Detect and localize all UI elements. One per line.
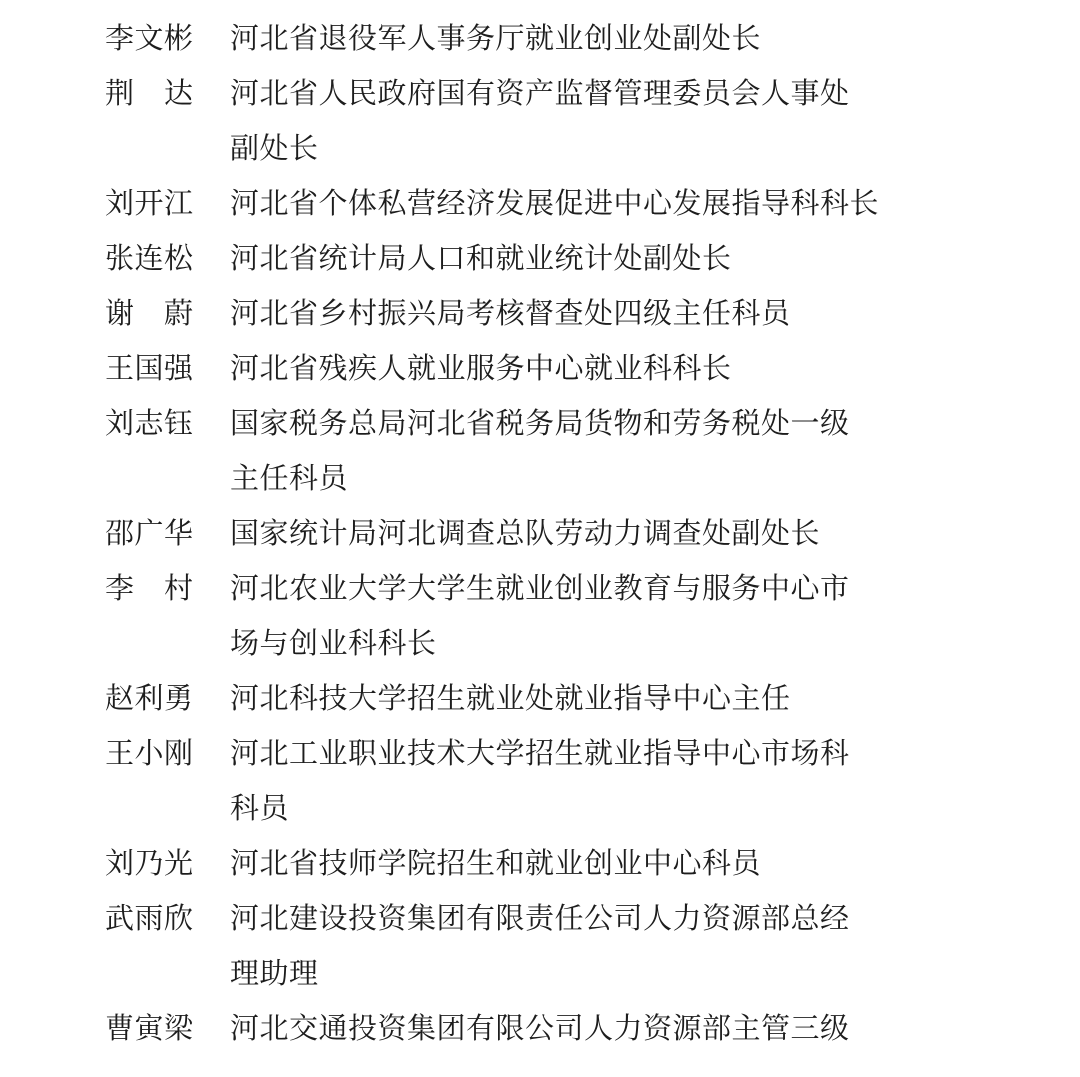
position-line: 国家税务总局河北省税务局货物和劳务税处一级 (230, 397, 850, 452)
position-line: 河北交通投资集团有限公司人力资源部主管三级 (230, 1002, 850, 1057)
position-title: 河北省技师学院招生和就业创业中心科员 (230, 837, 761, 892)
roster-entry: 武雨欣 河北建设投资集团有限责任公司人力资源部总经理助理 (105, 892, 1040, 1002)
position-title: 国家税务总局河北省税务局货物和劳务税处一级主任科员 (230, 397, 850, 507)
roster-entry: 刘乃光 河北省技师学院招生和就业创业中心科员 (105, 837, 1040, 892)
position-line: 河北省技师学院招生和就业创业中心科员 (230, 837, 761, 892)
position-title: 河北省人民政府国有资产监督管理委员会人事处副处长 (230, 67, 850, 177)
position-title: 河北省个体私营经济发展促进中心发展指导科科长 (230, 177, 879, 232)
roster-entry: 王小刚 河北工业职业技术大学招生就业指导中心市场科科员 (105, 727, 1040, 837)
position-title: 河北省乡村振兴局考核督查处四级主任科员 (230, 287, 791, 342)
position-line: 国家统计局河北调查总队劳动力调查处副处长 (230, 507, 820, 562)
position-line: 河北建设投资集团有限责任公司人力资源部总经 (230, 892, 850, 947)
roster-entry: 赵利勇 河北科技大学招生就业处就业指导中心主任 (105, 672, 1040, 727)
position-line: 河北省退役军人事务厅就业创业处副处长 (230, 12, 761, 67)
document-page: 李文彬 河北省退役军人事务厅就业创业处副处长 荆 达 河北省人民政府国有资产监督… (0, 0, 1080, 1077)
position-title: 河北工业职业技术大学招生就业指导中心市场科科员 (230, 727, 850, 837)
position-title: 国家统计局河北调查总队劳动力调查处副处长 (230, 507, 820, 562)
position-line: 河北省统计局人口和就业统计处副处长 (230, 232, 732, 287)
person-name: 邵广华 (105, 507, 193, 562)
position-title: 河北科技大学招生就业处就业指导中心主任 (230, 672, 791, 727)
person-name: 谢 蔚 (105, 287, 193, 342)
roster-entry: 刘志钰 国家税务总局河北省税务局货物和劳务税处一级主任科员 (105, 397, 1040, 507)
person-name: 赵利勇 (105, 672, 193, 727)
position-line: 主任科员 (230, 452, 850, 507)
roster-entry: 荆 达 河北省人民政府国有资产监督管理委员会人事处副处长 (105, 67, 1040, 177)
position-line: 河北科技大学招生就业处就业指导中心主任 (230, 672, 791, 727)
person-name: 王小刚 (105, 727, 193, 782)
person-name: 刘乃光 (105, 837, 193, 892)
position-line: 科员 (230, 782, 850, 837)
position-line: 河北省残疾人就业服务中心就业科科长 (230, 342, 732, 397)
position-line: 河北省人民政府国有资产监督管理委员会人事处 (230, 67, 850, 122)
person-name: 曹寅梁 (105, 1002, 193, 1057)
position-line: 理助理 (230, 947, 850, 1002)
roster-entry: 张连松 河北省统计局人口和就业统计处副处长 (105, 232, 1040, 287)
person-name: 刘志钰 (105, 397, 193, 452)
position-line: 河北工业职业技术大学招生就业指导中心市场科 (230, 727, 850, 782)
roster-entry: 刘开江 河北省个体私营经济发展促进中心发展指导科科长 (105, 177, 1040, 232)
person-name: 王国强 (105, 342, 193, 397)
person-name: 李 村 (105, 562, 193, 617)
position-line: 河北农业大学大学生就业创业教育与服务中心市 (230, 562, 850, 617)
position-title: 河北省统计局人口和就业统计处副处长 (230, 232, 732, 287)
person-name: 武雨欣 (105, 892, 193, 947)
position-title: 河北省退役军人事务厅就业创业处副处长 (230, 12, 761, 67)
position-line: 场与创业科科长 (230, 617, 850, 672)
roster-entry: 李文彬 河北省退役军人事务厅就业创业处副处长 (105, 12, 1040, 67)
roster-list: 李文彬 河北省退役军人事务厅就业创业处副处长 荆 达 河北省人民政府国有资产监督… (105, 12, 1040, 1057)
position-title: 河北建设投资集团有限责任公司人力资源部总经理助理 (230, 892, 850, 1002)
person-name: 荆 达 (105, 67, 193, 122)
position-title: 河北省残疾人就业服务中心就业科科长 (230, 342, 732, 397)
position-line: 河北省乡村振兴局考核督查处四级主任科员 (230, 287, 791, 342)
position-title: 河北农业大学大学生就业创业教育与服务中心市场与创业科科长 (230, 562, 850, 672)
position-line: 副处长 (230, 122, 850, 177)
person-name: 张连松 (105, 232, 193, 287)
person-name: 李文彬 (105, 12, 193, 67)
roster-entry: 曹寅梁 河北交通投资集团有限公司人力资源部主管三级 (105, 1002, 1040, 1057)
roster-entry: 邵广华 国家统计局河北调查总队劳动力调查处副处长 (105, 507, 1040, 562)
roster-entry: 李 村 河北农业大学大学生就业创业教育与服务中心市场与创业科科长 (105, 562, 1040, 672)
roster-entry: 王国强 河北省残疾人就业服务中心就业科科长 (105, 342, 1040, 397)
person-name: 刘开江 (105, 177, 193, 232)
position-title: 河北交通投资集团有限公司人力资源部主管三级 (230, 1002, 850, 1057)
roster-entry: 谢 蔚 河北省乡村振兴局考核督查处四级主任科员 (105, 287, 1040, 342)
position-line: 河北省个体私营经济发展促进中心发展指导科科长 (230, 177, 879, 232)
